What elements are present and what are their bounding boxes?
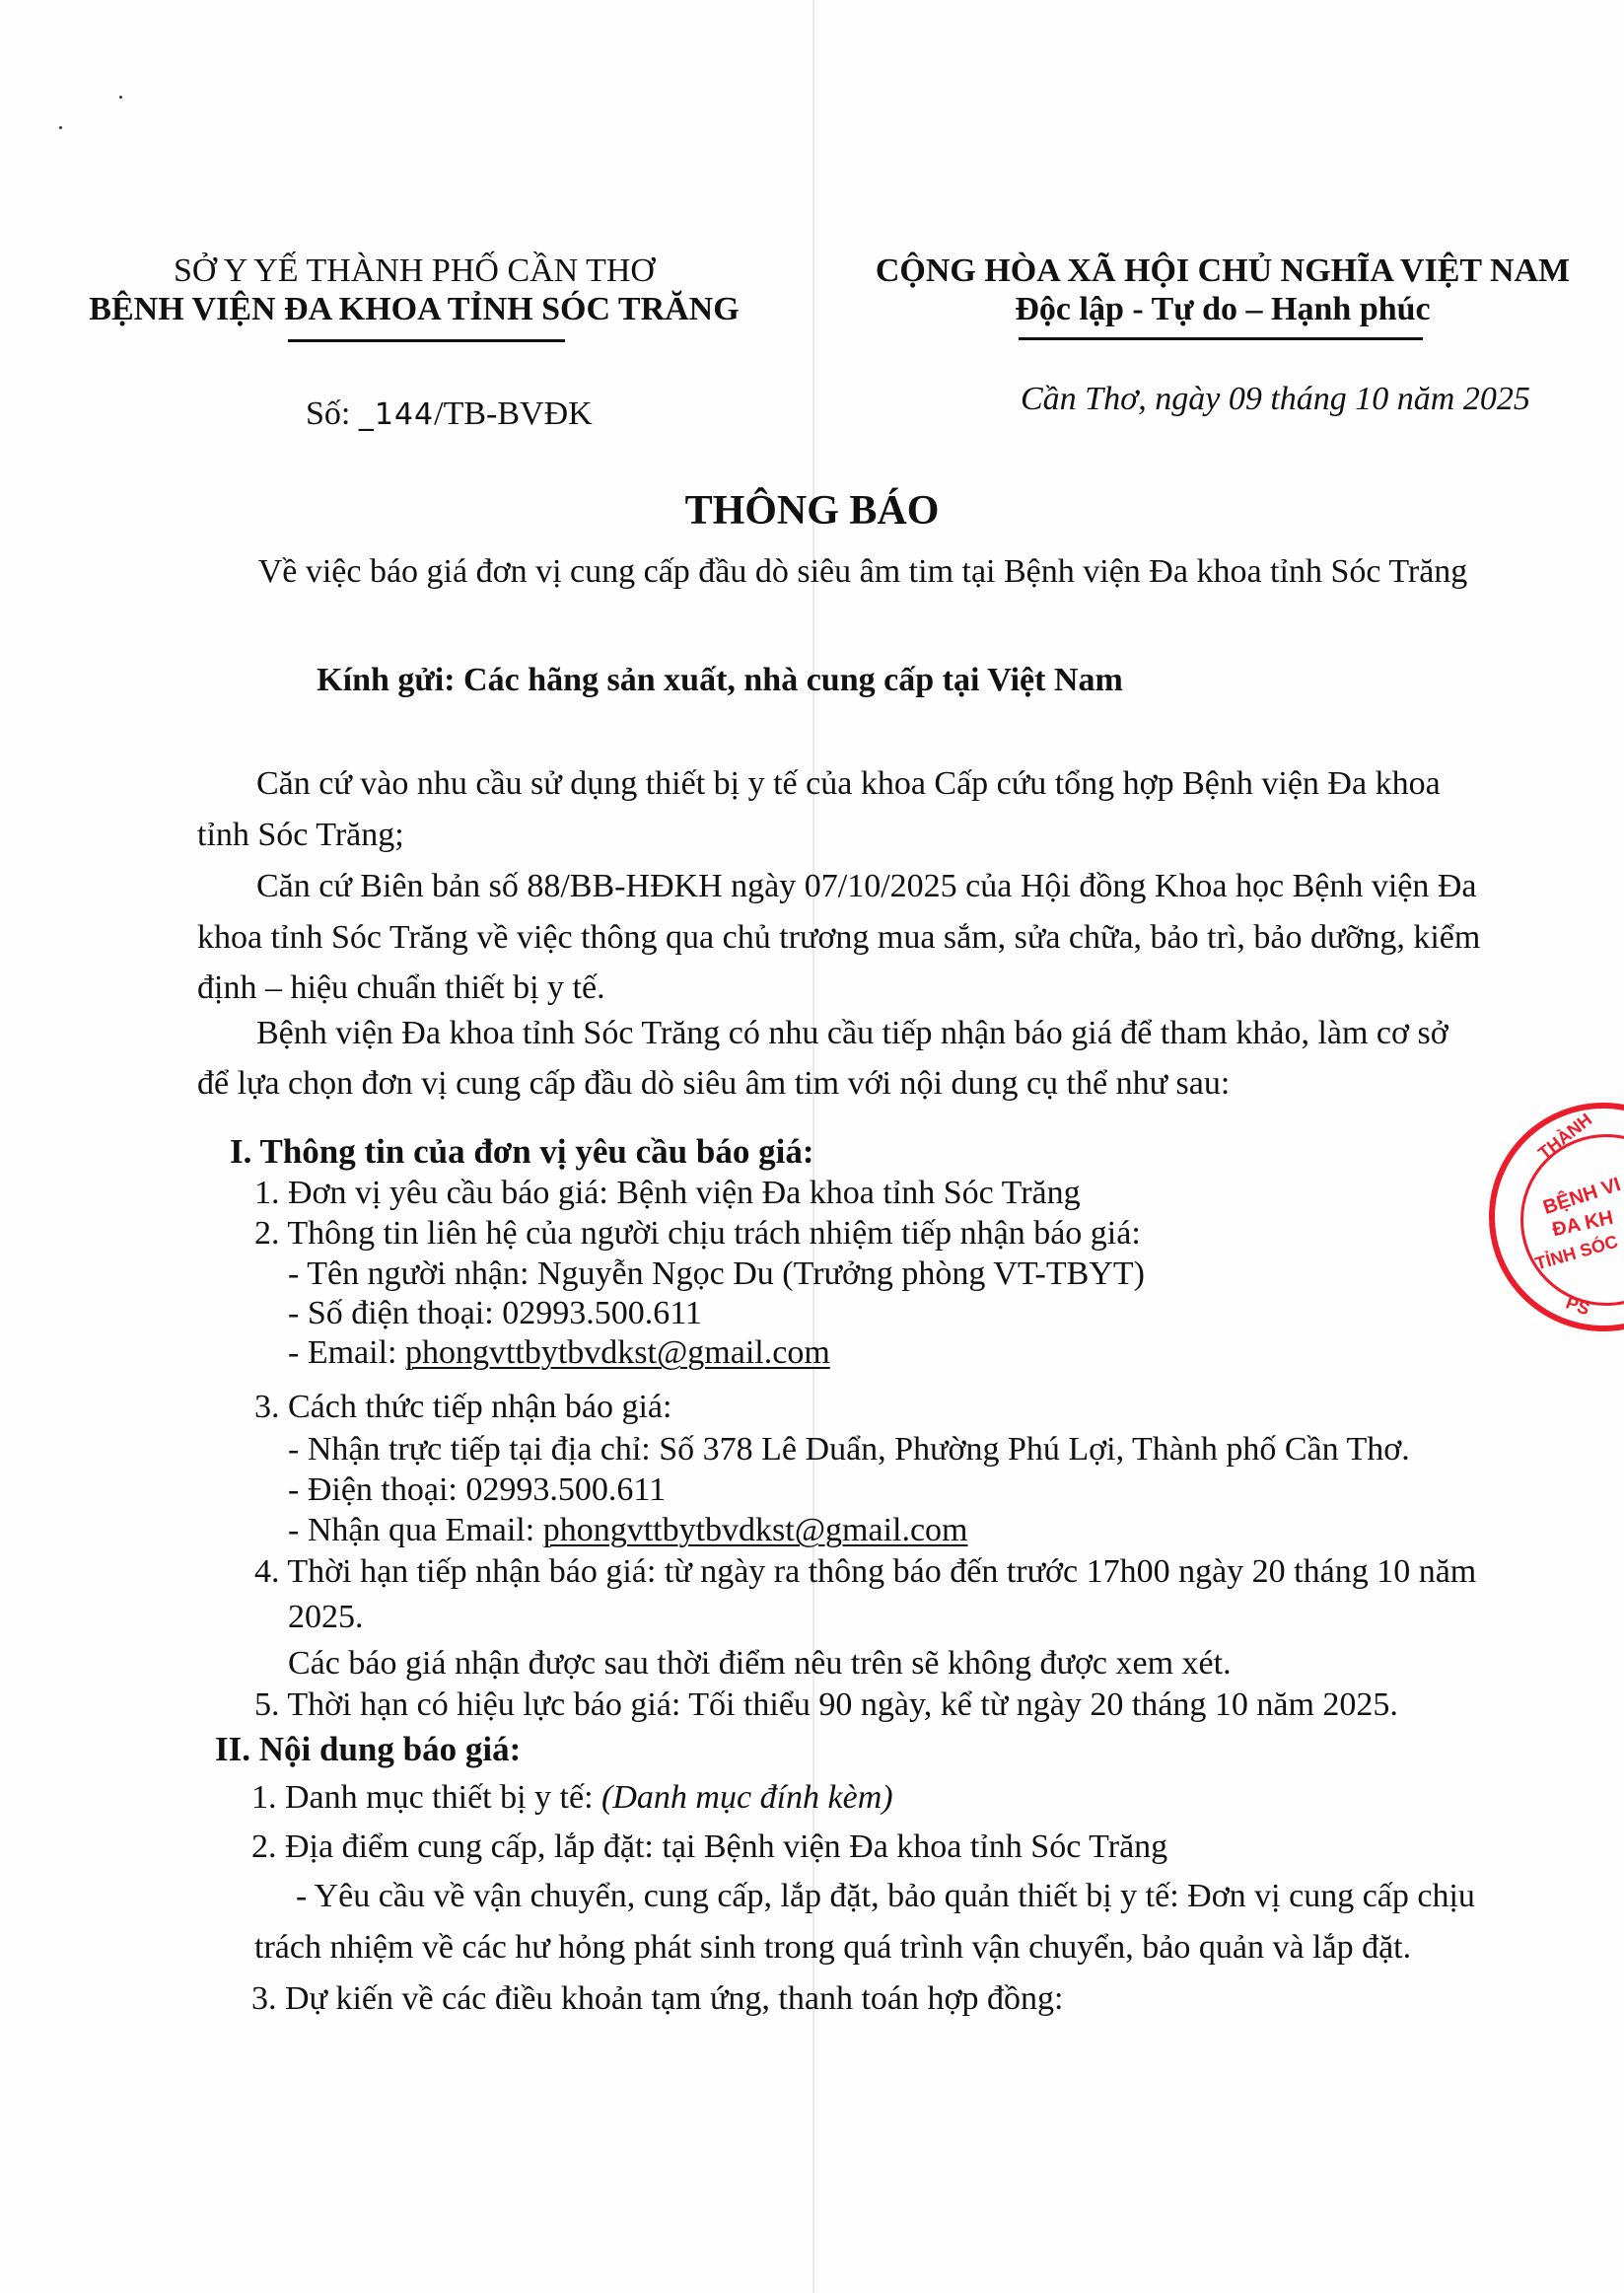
ministry-name: SỞ Y YẾ THÀNH PHỐ CẦN THƠ bbox=[89, 254, 740, 288]
delivery-requirement-cont: trách nhiệm về các hư hỏng phát sinh tro… bbox=[254, 1931, 1411, 1965]
preamble-line: tỉnh Sóc Trăng; bbox=[197, 819, 404, 852]
contact-email-link[interactable]: phongvttbytbvdkst@gmail.com bbox=[405, 1334, 830, 1371]
recipient-line: Kính gửi: Các hãng sản xuất, nhà cung cấ… bbox=[197, 664, 1242, 697]
attachment-note: (Danh mục đính kèm) bbox=[601, 1779, 893, 1816]
receive-email-label: - Nhận qua Email: bbox=[288, 1512, 543, 1548]
section-2-item-1: 1. Danh mục thiết bị y tế: (Danh mục đín… bbox=[251, 1781, 893, 1815]
document-page: SỞ Y YẾ THÀNH PHỐ CẦN THƠ BỆNH VIỆN ĐA K… bbox=[0, 0, 1624, 2293]
receive-email-row: - Nhận qua Email: phongvttbytbvdkst@gmai… bbox=[288, 1514, 968, 1547]
contact-name: - Tên người nhận: Nguyễn Ngọc Du (Trưởng… bbox=[288, 1257, 1145, 1291]
section-2-item-3: 3. Dự kiến về các điều khoản tạm ứng, th… bbox=[251, 1982, 1063, 2016]
receive-email-link[interactable]: phongvttbytbvdkst@gmail.com bbox=[543, 1512, 968, 1548]
section-1-item-2: 2. Thông tin liên hệ của người chịu trác… bbox=[254, 1217, 1141, 1251]
scan-speck bbox=[119, 96, 122, 99]
receive-phone: - Điện thoại: 02993.500.611 bbox=[288, 1473, 666, 1507]
contact-email-row: - Email: phongvttbytbvdkst@gmail.com bbox=[288, 1336, 830, 1370]
document-title: THÔNG BÁO bbox=[0, 490, 1624, 532]
header-right-underline bbox=[1019, 337, 1423, 340]
section-1-item-4: 4. Thời hạn tiếp nhận báo giá: từ ngày r… bbox=[254, 1555, 1476, 1589]
receive-address: - Nhận trực tiếp tại địa chỉ: Số 378 Lê … bbox=[288, 1433, 1410, 1467]
delivery-requirement: - Yêu cầu về vận chuyển, cung cấp, lắp đ… bbox=[296, 1880, 1475, 1913]
header-left-underline bbox=[288, 339, 565, 342]
document-number: Số: _144/TB-BVĐK bbox=[306, 397, 593, 431]
national-title: CỘNG HÒA XÃ HỘI CHỦ NGHĨA VIỆT NAM bbox=[848, 254, 1597, 288]
preamble-line: Căn cứ Biên bản số 88/BB-HĐKH ngày 07/10… bbox=[256, 870, 1477, 903]
section-1-item-4-note: Các báo giá nhận được sau thời điểm nêu … bbox=[288, 1647, 1232, 1681]
contact-phone: - Số điện thoại: 02993.500.611 bbox=[288, 1297, 702, 1330]
section-2-heading: II. Nội dung báo giá: bbox=[215, 1732, 521, 1766]
section-2-item-1-label: 1. Danh mục thiết bị y tế: bbox=[251, 1779, 601, 1816]
document-subtitle: Về việc báo giá đơn vị cung cấp đầu dò s… bbox=[197, 555, 1528, 589]
section-1-heading: I. Thông tin của đơn vị yêu cầu báo giá: bbox=[230, 1134, 814, 1169]
section-1-item-5: 5. Thời hạn có hiệu lực báo giá: Tối thi… bbox=[254, 1688, 1398, 1722]
document-number-prefix: Số: bbox=[306, 395, 350, 432]
section-1-item-1: 1. Đơn vị yêu cầu báo giá: Bệnh viện Đa … bbox=[254, 1177, 1081, 1210]
section-2-item-2: 2. Địa điểm cung cấp, lắp đặt: tại Bệnh … bbox=[251, 1830, 1167, 1864]
official-seal-stamp: THÀNH BỆNH VI ĐA KH TỈNH SÓC PS bbox=[1489, 1103, 1624, 1331]
hospital-name: BỆNH VIỆN ĐA KHOA TỈNH SÓC TRĂNG bbox=[89, 293, 740, 326]
preamble-line: để lựa chọn đơn vị cung cấp đầu dò siêu … bbox=[197, 1067, 1230, 1101]
preamble-line: Căn cứ vào nhu cầu sử dụng thiết bị y tế… bbox=[256, 767, 1441, 801]
preamble-line: định – hiệu chuẩn thiết bị y tế. bbox=[197, 971, 605, 1005]
preamble-line: khoa tỉnh Sóc Trăng về việc thông qua ch… bbox=[197, 921, 1480, 955]
contact-email-label: - Email: bbox=[288, 1334, 405, 1371]
document-date: Cần Thơ, ngày 09 tháng 10 năm 2025 bbox=[1021, 383, 1530, 416]
document-number-handwritten: _144 bbox=[359, 397, 434, 432]
national-motto: Độc lập - Tự do – Hạnh phúc bbox=[848, 293, 1597, 326]
document-number-suffix: /TB-BVĐK bbox=[434, 395, 593, 432]
scan-speck bbox=[59, 126, 62, 129]
section-1-item-3: 3. Cách thức tiếp nhận báo giá: bbox=[254, 1391, 671, 1424]
section-1-item-4-cont: 2025. bbox=[288, 1601, 364, 1634]
preamble-line: Bệnh viện Đa khoa tỉnh Sóc Trăng có nhu … bbox=[256, 1017, 1448, 1050]
